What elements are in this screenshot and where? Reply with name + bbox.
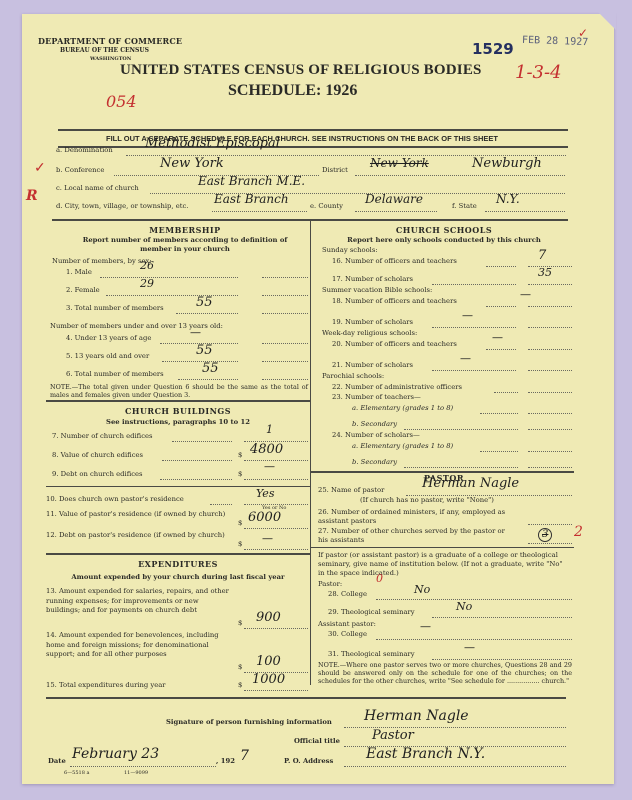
female-box — [262, 295, 308, 296]
under-13-label: 4. Under 13 years of age — [66, 334, 151, 342]
scholars-elementary-label: a. Elementary (grades 1 to 8) — [352, 442, 453, 450]
teachers-secondary-label: b. Secondary — [352, 420, 397, 428]
college-line — [376, 599, 572, 600]
official-title-label: Official title — [294, 737, 340, 745]
date-label: Date — [48, 757, 66, 765]
male-value[interactable]: 26 — [140, 259, 154, 272]
asst-seminary-line — [432, 659, 572, 660]
county-line — [355, 211, 437, 212]
form-code-2: 11—9099 — [124, 770, 148, 776]
residence-debt-label: 12. Debt on pastor's residence (if owned… — [46, 531, 226, 540]
teachers-elementary-box — [528, 413, 572, 414]
residence-value-box — [244, 528, 308, 529]
teachers-secondary-box — [528, 429, 572, 430]
red-check-icon: ✓ — [34, 160, 46, 176]
total-members-line — [176, 313, 238, 314]
sunday-scholars-label: 17. Number of scholars — [332, 275, 413, 283]
summer-scholars-box — [528, 327, 572, 328]
document-title: UNITED STATES CENSUS OF RELIGIOUS BODIES — [120, 62, 482, 79]
footer-rule — [46, 697, 566, 699]
over-13-label: 5. 13 years old and over — [66, 352, 149, 360]
check-mark-icon: ✓ — [578, 26, 588, 40]
female-label: 2. Female — [66, 286, 100, 294]
running-expenses-box — [244, 628, 308, 629]
edifice-value-value[interactable]: 4800 — [250, 442, 283, 457]
district-label: District — [322, 166, 348, 174]
scholars-secondary-line — [404, 467, 518, 468]
po-address-value[interactable]: East Branch N.Y. — [366, 746, 485, 762]
admin-officers-label: 22. Number of administrative officers — [332, 383, 462, 391]
asst-college-label: 30. College — [328, 630, 367, 638]
sunday-scholars-box — [528, 284, 572, 285]
edifice-value-label: 8. Value of church edifices — [52, 451, 143, 459]
district-line — [355, 175, 565, 176]
summer-officers-label: 18. Number of officers and teachers — [332, 297, 457, 305]
membership-note: NOTE.—The total given under Question 6 s… — [50, 383, 308, 399]
total-members-age-value[interactable]: 55 — [202, 361, 219, 376]
admin-officers-box — [528, 392, 572, 393]
edifice-debt-label: 9. Debt on church edifices — [52, 470, 143, 478]
owns-residence-label: 10. Does church own pastor's residence — [46, 495, 184, 503]
sunday-officers-value[interactable]: 7 — [538, 248, 546, 263]
local-name-value[interactable]: East Branch M.E. — [198, 174, 305, 188]
summer-schools-label: Summer vacation Bible schools: — [322, 286, 432, 294]
total-members-age-box — [262, 379, 308, 380]
conference-label: b. Conference — [56, 166, 104, 174]
residence-value-label: 11. Value of pastor's residence (if owne… — [46, 510, 226, 519]
pastor-name-value[interactable]: Herman Nagle — [422, 476, 519, 491]
sunday-schools-label: Sunday schools: — [322, 246, 378, 254]
sunday-officers-line — [486, 266, 516, 267]
teachers-elementary-label: a. Elementary (grades 1 to 8) — [352, 404, 453, 412]
scholars-secondary-label: b. Secondary — [352, 458, 397, 466]
expenditures-heading: EXPENDITURES — [46, 559, 310, 569]
residence-debt-value[interactable]: — — [262, 532, 273, 545]
summer-officers-line — [486, 306, 516, 307]
official-title-value[interactable]: Pastor — [372, 728, 414, 743]
date-value[interactable]: February 23 — [72, 746, 159, 762]
pastor-red-mark: 0 — [376, 572, 383, 585]
total-members-value[interactable]: 55 — [196, 295, 213, 310]
bureau-name: BUREAU OF THE CENSUS — [60, 47, 149, 54]
female-value[interactable]: 29 — [140, 277, 154, 290]
dollar-sign: $ — [238, 451, 242, 459]
county-label: e. County — [310, 202, 343, 210]
asst-seminary-label: 31. Theological seminary — [328, 650, 415, 658]
asst-seminary-value[interactable]: — — [464, 641, 475, 654]
seminary-label: 29. Theological seminary — [328, 608, 415, 616]
header-rule-2 — [58, 146, 568, 148]
asst-college-value[interactable]: — — [420, 620, 431, 633]
dollar-sign: $ — [238, 681, 242, 689]
membership-subtitle: Report number of members according to de… — [70, 236, 300, 254]
po-address-line — [344, 766, 566, 767]
edifices-value[interactable]: 1 — [266, 423, 273, 436]
red-code-left: 054 — [106, 92, 137, 111]
parochial-schools-label: Parochial schools: — [322, 372, 384, 380]
serial-number: 1529 — [472, 40, 514, 58]
church-schools-heading: CHURCH SCHOOLS — [312, 225, 576, 235]
total-members-age-label: 6. Total number of members — [66, 370, 164, 378]
scholars-elementary-box — [528, 451, 572, 452]
summer-scholars-label: 19. Number of scholars — [332, 318, 413, 326]
other-churches-value[interactable]: 2 — [574, 524, 583, 540]
scholars-secondary-box — [528, 467, 572, 468]
signature-value[interactable]: Herman Nagle — [364, 708, 469, 724]
department-name: DEPARTMENT OF COMMERCE — [38, 36, 182, 46]
college-label: 28. College — [328, 590, 367, 598]
college-value[interactable]: No — [414, 583, 430, 596]
membership-heading: MEMBERSHIP — [60, 225, 310, 235]
state-line — [485, 211, 565, 212]
owns-residence-line — [210, 504, 232, 505]
weekday-scholars-line — [432, 370, 516, 371]
under-13-box — [262, 343, 308, 344]
dollar-sign: $ — [238, 470, 242, 478]
owns-residence-value[interactable]: Yes — [256, 487, 274, 500]
assistant-pastor-label: Assistant pastor: — [318, 620, 376, 628]
pastor-name-hint: (If church has no pastor, write "None") — [360, 496, 494, 504]
po-address-label: P. O. Address — [284, 757, 333, 765]
signature-label: Signature of person furnishing informati… — [166, 718, 332, 726]
dollar-sign: $ — [238, 619, 242, 627]
edifice-debt-value[interactable]: — — [264, 460, 275, 473]
other-churches-box — [528, 543, 572, 544]
under-13-value[interactable]: — — [190, 326, 201, 339]
over-13-line — [162, 361, 238, 362]
parochial-scholars-label: 24. Number of scholars— — [332, 431, 420, 439]
header-rule — [58, 129, 568, 131]
church-buildings-heading: CHURCH BUILDINGS — [46, 406, 310, 416]
city-label: d. City, town, village, or township, etc… — [56, 202, 188, 210]
summer-officers-box — [528, 306, 572, 307]
document-subtitle: SCHEDULE: 1926 — [228, 82, 357, 100]
red-code-right: 1-3-4 — [515, 62, 562, 83]
edifices-line — [172, 441, 232, 442]
year-prefix: , 192 — [216, 757, 235, 765]
weekday-officers-box — [528, 349, 572, 350]
sunday-scholars-line — [432, 284, 516, 285]
sunday-scholars-value[interactable]: 35 — [538, 266, 552, 279]
running-expenses-label: 13. Amount expended for salaries, repair… — [46, 587, 234, 616]
year-digit[interactable]: 7 — [240, 748, 249, 764]
city-value[interactable]: East Branch — [214, 192, 289, 206]
benevolences-label: 14. Amount expended for benevolences, in… — [46, 631, 234, 660]
over-13-value[interactable]: 55 — [196, 343, 213, 358]
summer-scholars-line — [432, 327, 516, 328]
dollar-sign: $ — [238, 663, 242, 671]
edifice-debt-line — [160, 479, 232, 480]
date-line — [70, 766, 216, 767]
column-divider — [310, 220, 311, 685]
weekday-officers-line — [486, 349, 516, 350]
weekday-scholars-value[interactable]: — — [460, 352, 471, 365]
edifice-value-box — [244, 460, 308, 461]
state-label: f. State — [452, 202, 477, 210]
total-members-age-line — [178, 379, 238, 380]
ordained-ministers-box — [528, 524, 572, 525]
dollar-sign: $ — [238, 519, 242, 527]
total-expenditures-label: 15. Total expenditures during year — [46, 681, 166, 689]
denomination-label: a. Denomination — [56, 146, 113, 154]
weekday-scholars-label: 21. Number of scholars — [332, 361, 413, 369]
pastor-rule — [310, 547, 574, 548]
local-name-label: c. Local name of church — [56, 184, 139, 192]
summer-officers-value[interactable]: — — [520, 288, 531, 301]
total-members-label: 3. Total number of members — [66, 304, 164, 312]
by-sex-label: Number of members, by sex: — [52, 257, 152, 265]
sunday-officers-label: 16. Number of officers and teachers — [332, 257, 457, 265]
state-value[interactable]: N.Y. — [496, 192, 520, 206]
male-box — [262, 277, 308, 278]
seminary-value[interactable]: No — [456, 600, 472, 613]
edifice-value-line — [162, 460, 232, 461]
weekday-schools-label: Week-day religious schools: — [322, 329, 417, 337]
admin-officers-line — [494, 392, 518, 393]
county-value[interactable]: Delaware — [365, 192, 423, 206]
edifices-label: 7. Number of church edifices — [52, 432, 153, 440]
form-code-1: 6—5518 a — [64, 770, 89, 776]
teachers-label: 23. Number of teachers— — [332, 393, 421, 401]
red-r-mark: R — [26, 188, 38, 204]
teachers-secondary-line — [404, 429, 518, 430]
pastor-note: NOTE.—Where one pastor serves two or mor… — [318, 661, 572, 685]
summer-scholars-value[interactable]: — — [462, 309, 473, 322]
teachers-elementary-line — [480, 413, 518, 414]
total-expenditures-box — [244, 690, 308, 691]
conference-value[interactable]: New York — [160, 156, 224, 171]
denomination-value[interactable]: Methodist Episcopal — [145, 136, 280, 151]
scholars-elementary-line — [480, 451, 518, 452]
other-churches-label: 27. Number of other churches served by t… — [318, 527, 508, 545]
graduate-note: If pastor (or assistant pastor) is a gra… — [318, 551, 570, 578]
city-line — [212, 211, 307, 212]
male-label: 1. Male — [66, 268, 92, 276]
district-value[interactable]: Newburgh — [472, 156, 542, 171]
weekday-scholars-box — [528, 370, 572, 371]
seminary-line — [432, 617, 572, 618]
weekday-officers-value[interactable]: — — [492, 331, 503, 344]
asst-college-line — [376, 639, 572, 640]
running-expenses-value[interactable]: 900 — [256, 610, 281, 625]
expenditures-subtitle: Amount expended by your church during la… — [46, 573, 310, 581]
female-line — [106, 295, 238, 296]
district-value-struck: New York — [370, 156, 429, 170]
church-schools-subtitle: Report here only schools conducted by th… — [312, 236, 576, 244]
benevolences-value[interactable]: 100 — [256, 654, 281, 669]
dollar-sign: $ — [238, 540, 242, 548]
edifice-debt-box — [244, 479, 308, 480]
buildings-bottom-rule — [46, 553, 310, 555]
over-13-box — [262, 361, 308, 362]
pastor-name-label: 25. Name of pastor — [318, 486, 384, 494]
weekday-officers-label: 20. Number of officers and teachers — [332, 340, 457, 348]
membership-rule — [46, 400, 310, 402]
pastor-sub-label: Pastor: — [318, 580, 342, 588]
residence-debt-box — [244, 549, 308, 550]
total-expenditures-value[interactable]: 1000 — [252, 672, 285, 687]
residence-value-value[interactable]: 6000 — [248, 510, 281, 525]
total-members-box — [262, 313, 308, 314]
male-line — [100, 277, 238, 278]
ordained-ministers-label: 26. Number of ordained ministers, if any… — [318, 508, 508, 526]
